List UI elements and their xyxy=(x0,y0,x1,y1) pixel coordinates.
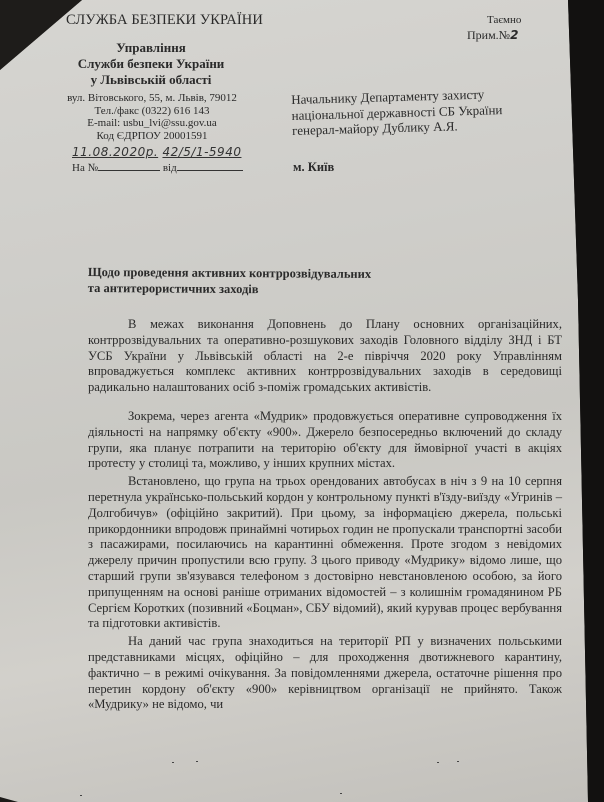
copy-number-handwritten: 2 xyxy=(510,28,518,42)
reply-number-blank xyxy=(98,160,160,171)
print-artifact xyxy=(340,793,342,794)
handwritten-reg-number: 42/5/1-5940 xyxy=(162,145,241,159)
subject-line: та антитерористичних заходів xyxy=(88,280,371,298)
print-artifact xyxy=(196,761,198,762)
reply-date-blank xyxy=(177,160,243,171)
phone-fax-line: Тел./факс (0322) 616 143 xyxy=(62,105,242,118)
address-line: вул. Вітовського, 55, м. Львів, 79012 xyxy=(62,92,242,105)
department-line: Служби безпеки України xyxy=(66,56,236,72)
print-artifact xyxy=(457,761,459,762)
letterhead-department: Управління Служби безпеки України у Льві… xyxy=(66,40,236,88)
addressee-city: м. Київ xyxy=(293,160,334,175)
addressee-block: Начальнику Департаменту захисту націонал… xyxy=(291,86,503,138)
letterhead-org-name: СЛУЖБА БЕЗПЕКИ УКРАЇНИ xyxy=(66,12,263,29)
reply-to-label: На № xyxy=(72,162,98,174)
body-paragraph: На даний час група знаходиться на терито… xyxy=(88,634,562,713)
reply-from-label: від xyxy=(163,162,177,174)
department-line: Управління xyxy=(66,40,236,56)
department-line: у Львівській області xyxy=(66,72,236,88)
letter-subject: Щодо проведення активних контррозвідувал… xyxy=(88,264,371,298)
reply-reference-line: На № від xyxy=(72,160,243,174)
letter-body: В межах виконання Доповнень до Плану осн… xyxy=(88,317,562,715)
letterhead-contacts: вул. Вітовського, 55, м. Львів, 79012 Те… xyxy=(62,92,242,142)
email-line: E-mail: usbu_lvi@ssu.gov.ua xyxy=(62,117,242,130)
body-paragraph: В межах виконання Доповнень до Плану осн… xyxy=(88,317,562,396)
edrpou-line: Код ЄДРПОУ 20001591 xyxy=(62,130,242,143)
classification-label: Таємно xyxy=(487,14,521,26)
print-artifact xyxy=(80,795,82,796)
subject-line: Щодо проведення активних контррозвідувал… xyxy=(88,264,371,282)
registration-handwritten: 11.08.2020р. 42/5/1-5940 xyxy=(72,145,241,159)
copy-number: Прим.№2 xyxy=(467,28,519,43)
print-artifact xyxy=(172,762,174,763)
handwritten-date: 11.08.2020р. xyxy=(72,145,158,159)
print-artifact xyxy=(437,762,439,763)
copy-label: Прим.№ xyxy=(467,28,510,42)
body-paragraph: Зокрема, через агента «Мудрик» продовжує… xyxy=(88,409,562,472)
letter-document: СЛУЖБА БЕЗПЕКИ УКРАЇНИ Управління Служби… xyxy=(0,0,604,802)
body-paragraph: Встановлено, що група на трьох орендован… xyxy=(88,474,562,632)
